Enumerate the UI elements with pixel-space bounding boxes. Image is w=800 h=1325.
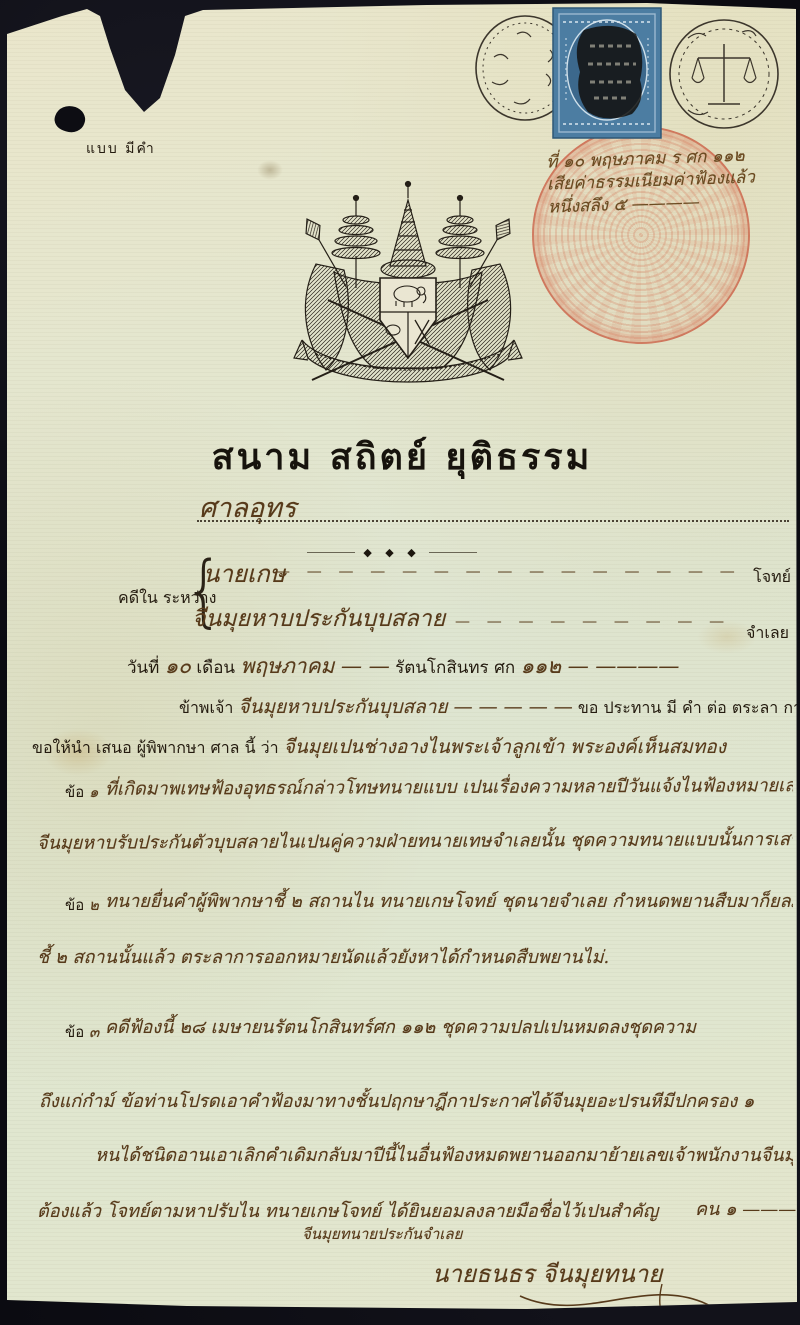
date-line: วันที่ ๑๐ เดือน พฤษภาคม — — รัตนโกสินทร … <box>127 650 679 683</box>
clause-1-line-1: ที่เกิดมาพเทษฟ้องอุทธรณ์กล่าวโทษทนายแบบ … <box>105 770 793 803</box>
scanned-court-document: { "meta": { "document_type": "Siamese co… <box>0 0 800 1325</box>
closing-line-1: หนได้ชนิดอานเอาเลิกคำเดิมกลับมาปีนี้ไนอื… <box>95 1140 793 1169</box>
month-label: เดือน <box>196 658 235 678</box>
petition-phrase: ขอ ประทาน มี คำ ต่อ ตระลา การ <box>578 698 800 717</box>
court-name-handwritten: ศาลอุทร <box>199 486 296 529</box>
punch-hole <box>52 102 89 136</box>
clause-2-line-2: ชี้ ๒ สถานนั้นแล้ว ตระลาการออกหมายนัดแล้… <box>37 942 793 971</box>
clause-label-text: ข้อ <box>65 896 84 914</box>
paper-stain <box>257 160 283 180</box>
submit-va: ว่า <box>261 738 279 757</box>
submit-label: ขอให้นำ เสนอ ผู้พิพากษา ศาล นี้ <box>32 738 256 757</box>
clause-2-label: ข้อ ๒ <box>65 893 99 917</box>
date-label: วันที่ <box>127 658 159 678</box>
diamond-ornament-icon: ◆ ◆ ◆ <box>363 546 420 559</box>
document-paper: แบบ มีคำ <box>7 0 797 1313</box>
count-note: คน ๑ ——— <box>695 1194 796 1223</box>
plaintiff-dashes: — — — — — — — — — — — — — — — — — <box>275 562 747 580</box>
i-label: ข้าพเจ้า <box>179 698 233 717</box>
clause-2-line-1: ทนายยื่นคำผู้พิพากษาชี้ ๒ สถานไน ทนายเกษ… <box>105 886 793 915</box>
seal-note: ที่ ๑๐ พฤษภาคม ร ศก ๑๑๒ เสียค่าธรรมเนียม… <box>546 144 756 219</box>
defendant-dashes: — — — — — — — — — — <box>455 612 737 630</box>
court-name-dotted-line <box>197 520 789 522</box>
date-year: ๑๑๒ — ———— <box>521 654 680 678</box>
clause-3-line-1: คดีฟ้องนี้ ๒๘ เมษายนรัตนโกสินทร์ศก ๑๑๒ ช… <box>105 1012 793 1041</box>
submit-handwritten: จีนมุยเปนช่างอางไนพระเจ้าลูกเข้า พระองค์… <box>284 736 726 758</box>
clause-1-label: ข้อ ๑ <box>65 780 99 804</box>
ornament-divider: ◆ ◆ ◆ <box>307 546 477 559</box>
defendant-role-label: จำเลย <box>746 621 789 646</box>
intro-handwritten: จีนมุยหาบประกันบุบสลาย — — — — — <box>238 696 572 718</box>
submit-line: ขอให้นำ เสนอ ผู้พิพากษา ศาล นี้ ว่า จีนม… <box>32 732 726 762</box>
divider-rule <box>307 552 355 553</box>
era-label: รัตนโกสินทร ศก <box>395 658 515 678</box>
clause-label-text: ข้อ <box>65 783 84 801</box>
clause-number: ๒ <box>89 896 99 914</box>
stamp-cluster <box>462 2 797 152</box>
plaintiff-role-label: โจทย์ <box>753 565 791 590</box>
document-title: สนาม สถิตย์ ยุติธรรม <box>7 428 797 485</box>
date-day: ๑๐ <box>165 654 191 678</box>
clause-number: ๓ <box>89 1023 99 1041</box>
divider-rule <box>429 552 477 553</box>
closing-sub-line: จีนมุยทนายประกันจำเลย <box>302 1222 462 1246</box>
clause-number: ๑ <box>89 783 99 801</box>
intro-line: ข้าพเจ้า จีนมุยหาบประกันบุบสลาย — — — — … <box>179 692 800 722</box>
blue-revenue-stamp-icon <box>553 8 661 138</box>
date-month: พฤษภาคม — — <box>240 654 389 678</box>
clause-label-text: ข้อ <box>65 1023 84 1041</box>
clause-1-line-2: จีนมุยหาบรับประกันตัวบุบสลายไนเปนคู่ความ… <box>37 824 793 857</box>
form-code: แบบ มีคำ <box>86 138 156 160</box>
royal-coat-of-arms-icon <box>282 172 534 404</box>
closing-line-2: ต้องแล้ว โจทย์ตามหาปรับไน ทนายเกษโจทย์ ไ… <box>37 1196 687 1225</box>
clause-3-line-2: ถึงแก่กำม์ ข้อท่านโปรดเอาคำฟ้องมาทางชั้น… <box>39 1086 793 1115</box>
scales-of-justice-postmark-icon <box>670 20 778 128</box>
plaintiff-name: นายเกษ <box>203 554 286 593</box>
clause-3-label: ข้อ ๓ <box>65 1020 99 1044</box>
defendant-name: จีนมุยหาบประกันบุบสลาย <box>192 601 445 637</box>
